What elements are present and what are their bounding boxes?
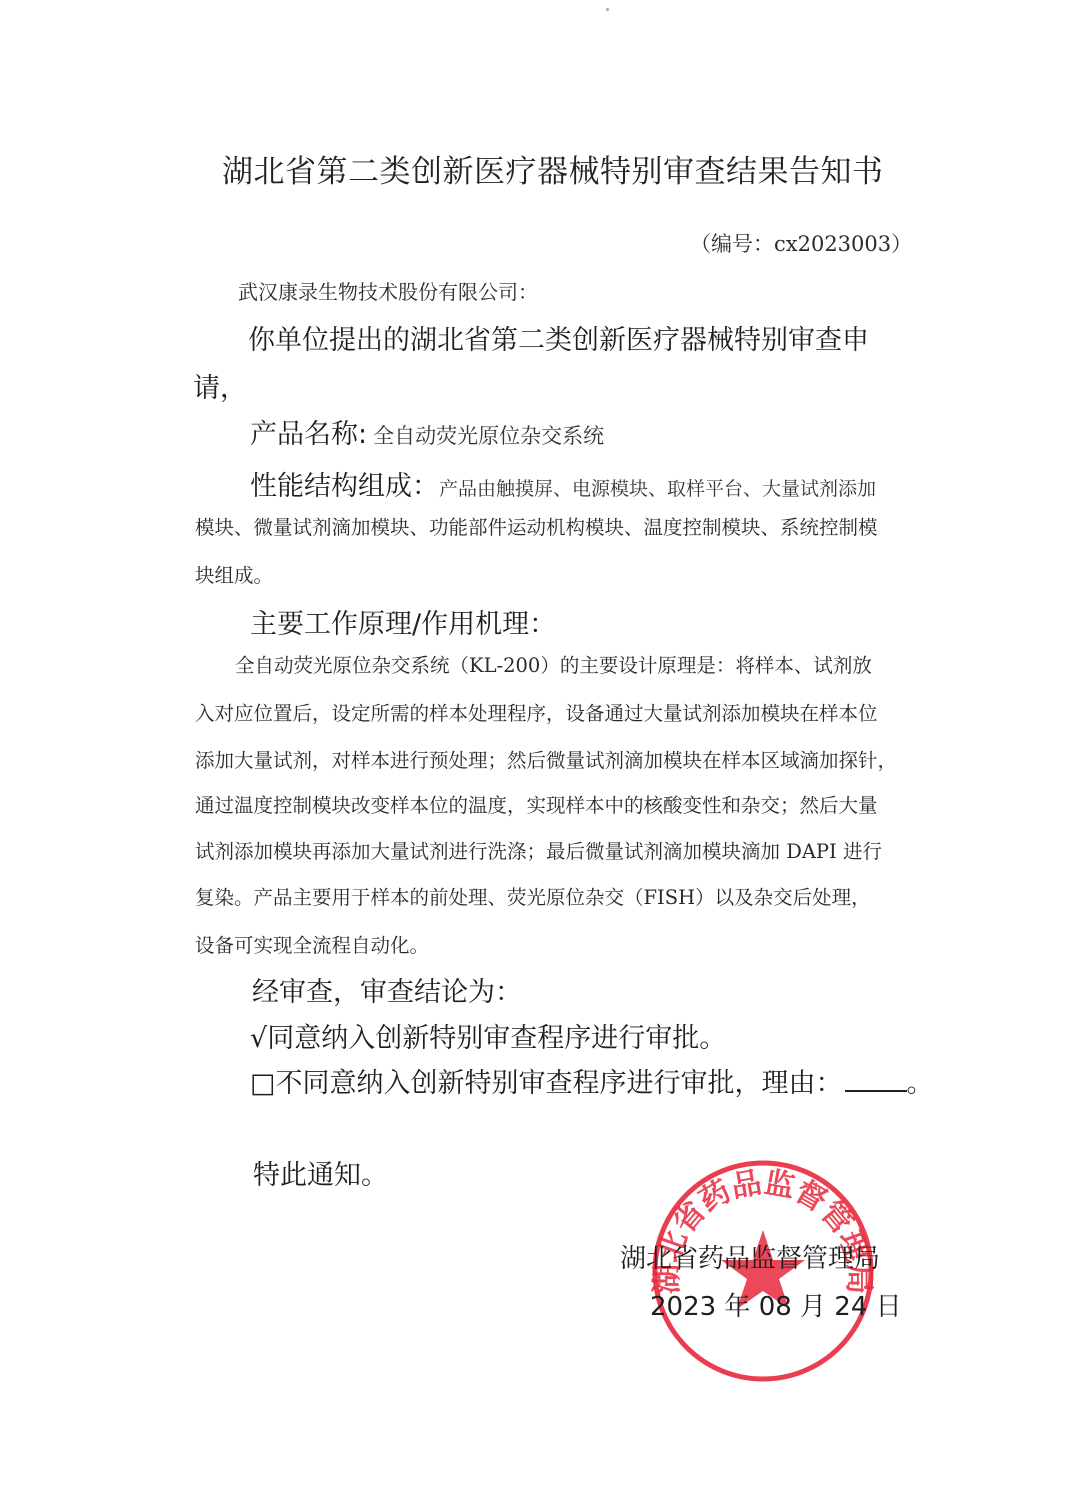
option-reject: □不同意纳入创新特别审查程序进行审批，理由： <box>250 1068 843 1099</box>
issue-date: 2023 年 08 月 24 日 <box>650 1286 902 1323</box>
principle-line: 通过温度控制模块改变样本位的温度，实现样本中的核酸变性和杂交；然后大量 <box>195 790 878 818</box>
principle-line: 试剂添加模块再添加大量试剂进行洗涤；最后微量试剂滴加模块滴加 DAPI 进行 <box>195 836 882 864</box>
issuing-authority: 湖北省药品监督管理局 <box>620 1238 880 1275</box>
option-approve: √同意纳入创新特别审查程序进行审批。 <box>250 1016 726 1055</box>
structure-label: 性能结构组成： <box>250 471 439 502</box>
structure-line-2: 模块、微量试剂滴加模块、功能部件运动机构模块、温度控制模块、系统控制模 <box>195 512 878 540</box>
principle-line: 设备可实现全流程自动化。 <box>195 930 429 958</box>
product-name-value: 全自动荧光原位杂交系统 <box>373 424 604 448</box>
document-number: （编号：cx2023003） <box>690 228 912 258</box>
principle-label: 主要工作原理/作用机理： <box>250 602 556 641</box>
notice-text: 特此通知。 <box>253 1153 388 1192</box>
option-reject-row: □不同意纳入创新特别审查程序进行审批，理由：。 <box>250 1061 934 1100</box>
principle-line: 复染。产品主要用于样本的前处理、荧光原位杂交（FISH）以及杂交后处理， <box>195 882 871 910</box>
principle-line: 添加大量试剂，对样本进行预处理；然后微量试剂滴加模块在样本区域滴加探针， <box>195 745 897 773</box>
option-reject-end: 。 <box>907 1068 934 1099</box>
scan-speck <box>606 8 609 11</box>
product-name-row: 产品名称:全自动荧光原位杂交系统 <box>250 412 604 451</box>
principle-line: 入对应位置后，设定所需的样本处理程序，设备通过大量试剂添加模块在样本位 <box>195 698 878 726</box>
conclusion-label: 经审查，审查结论为： <box>252 970 522 1009</box>
intro-line-2: 请， <box>193 366 247 405</box>
structure-line-1: 产品由触摸屏、电源模块、取样平台、大量试剂添加 <box>439 478 876 500</box>
document-page: 湖北省第二类创新医疗器械特别审查结果告知书 （编号：cx2023003） 武汉康… <box>0 0 1080 1486</box>
structure-line-3: 块组成。 <box>195 560 273 588</box>
structure-row: 性能结构组成：产品由触摸屏、电源模块、取样平台、大量试剂添加 <box>250 464 876 503</box>
reason-blank <box>845 1068 907 1092</box>
product-name-label: 产品名称: <box>250 419 367 450</box>
document-title: 湖北省第二类创新医疗器械特别审查结果告知书 <box>222 146 884 191</box>
principle-line: 全自动荧光原位杂交系统（KL-200）的主要设计原理是：将样本、试剂放 <box>235 650 872 678</box>
intro-line-1: 你单位提出的湖北省第二类创新医疗器械特别审查申 <box>248 318 869 357</box>
recipient: 武汉康录生物技术股份有限公司： <box>238 276 538 305</box>
